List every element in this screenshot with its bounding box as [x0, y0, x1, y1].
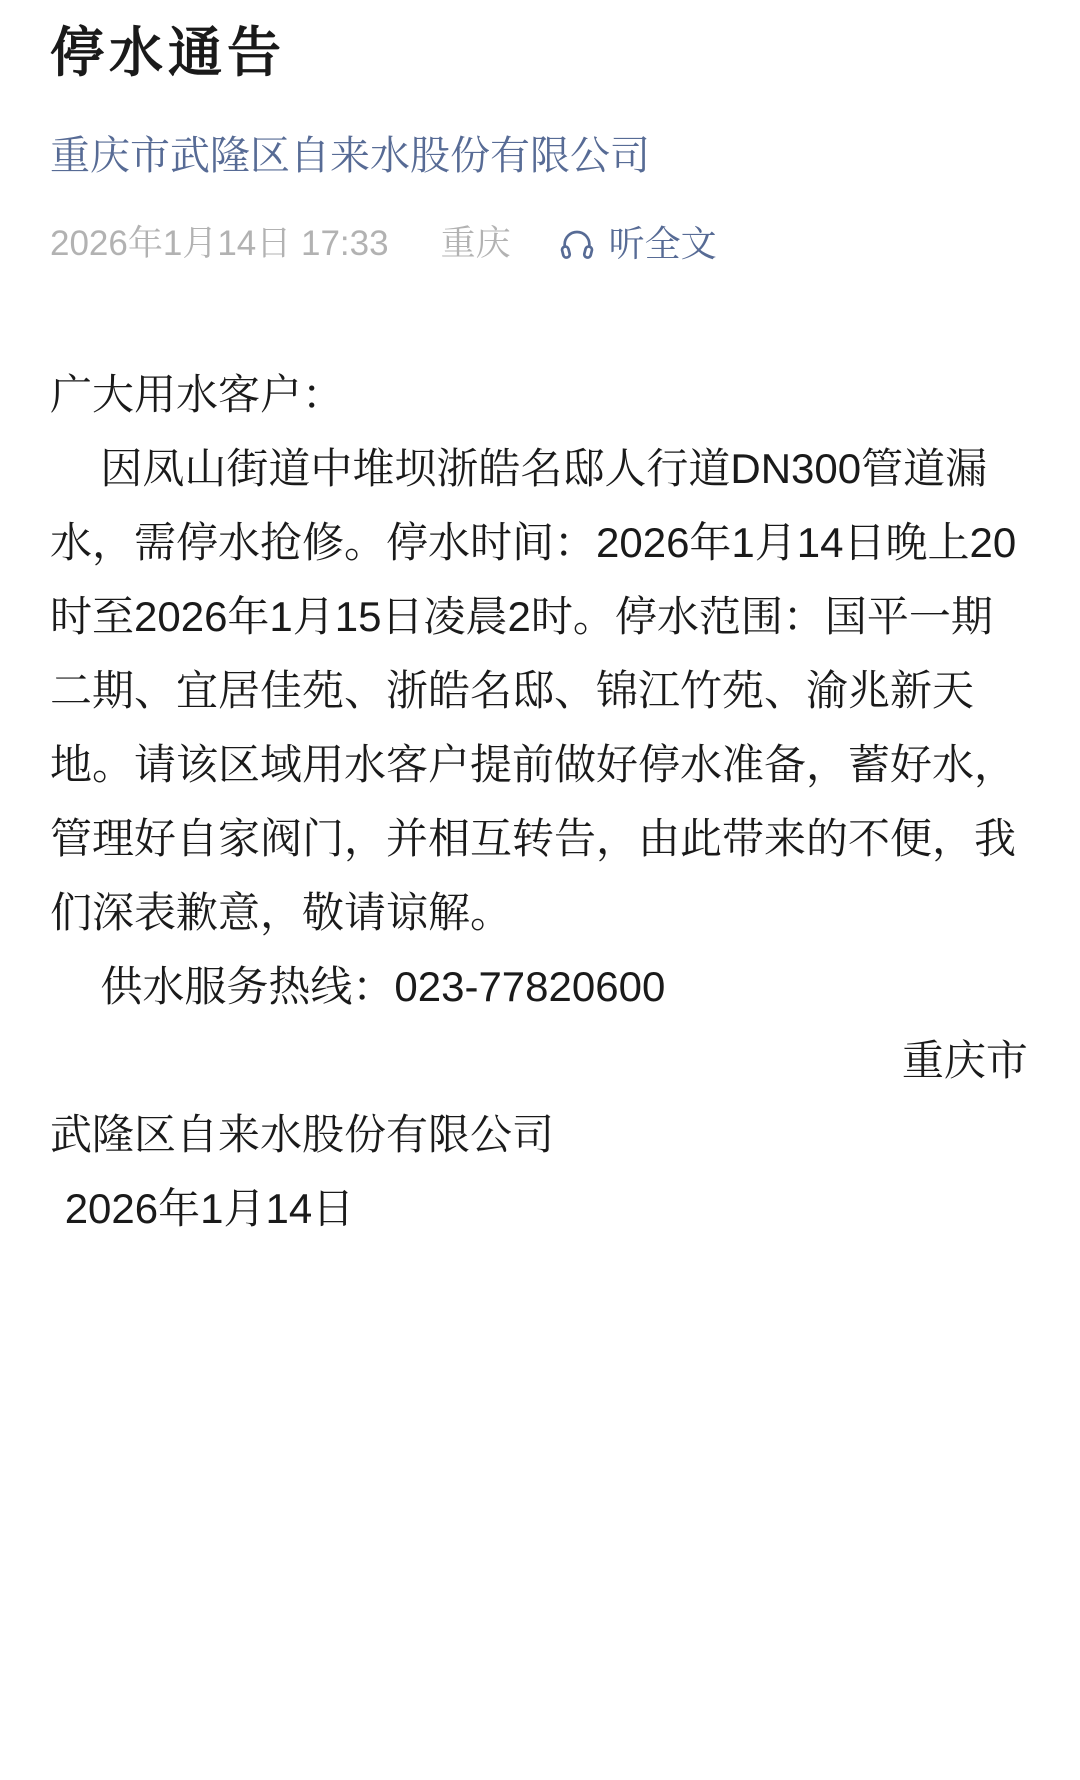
publish-datetime: 2026年1月14日 17:33 [50, 222, 389, 266]
listen-full-text-label: 听全文 [609, 222, 717, 266]
hotline-line: 供水服务热线：023-77820600 [50, 950, 1030, 1024]
notice-date: 2026年1月14日 [50, 1172, 1030, 1246]
meta-row: 2026年1月14日 17:33 重庆 听全文 [50, 222, 1030, 266]
article-title: 停水通告 [50, 20, 1030, 86]
article-body: 广大用水客户： 因凤山街道中堆坝浙皓名邸人行道DN300管道漏水，需停水抢修。停… [50, 358, 1030, 1246]
listen-full-text-button[interactable]: 听全文 [557, 222, 717, 266]
publish-location: 重庆 [441, 222, 511, 266]
signature-company-line: 重庆市武隆区自来水股份有限公司 [50, 1024, 1030, 1172]
headphones-icon [557, 225, 597, 263]
notice-paragraph: 因凤山街道中堆坝浙皓名邸人行道DN300管道漏水，需停水抢修。停水时间：2026… [50, 432, 1030, 950]
article-page: 停水通告 重庆市武隆区自来水股份有限公司 2026年1月14日 17:33 重庆… [0, 0, 1080, 1246]
greeting-line: 广大用水客户： [50, 358, 1030, 432]
source-account-link[interactable]: 重庆市武隆区自来水股份有限公司 [50, 134, 1030, 178]
